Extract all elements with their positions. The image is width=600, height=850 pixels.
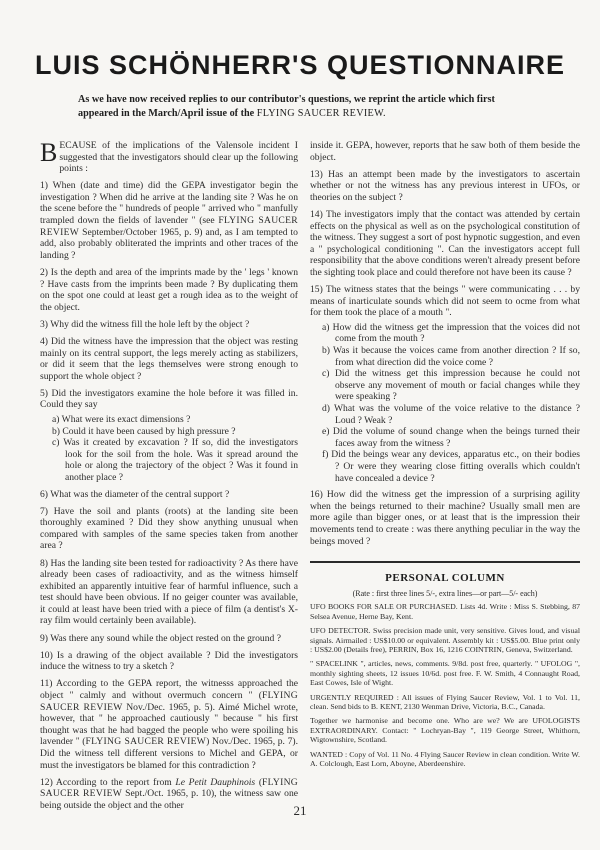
subpoint: e) Did the volume of sound change when t… [322,426,580,449]
left-column: BECAUSE of the implications of the Valen… [40,140,298,817]
question-1: 1) When (date and time) did the GEPA inv… [40,180,298,261]
drop-cap: B [40,142,57,164]
personal-column: PERSONAL COLUMN (Rate : first three line… [310,573,580,768]
question-15-subpoints: a) How did the witness get the impressio… [322,322,580,484]
classified-ad: WANTED : Copy of Vol. 11 No. 4 Flying Sa… [310,750,580,769]
article-title: LUIS SCHÖNHERR'S QUESTIONNAIRE [0,50,600,81]
classified-ad: Together we harmonise and become one. Wh… [310,716,580,744]
subpoint: c) Did the witness get this impression b… [322,368,580,403]
question-9: 9) Was there any sound while the object … [40,633,298,645]
question-11: 11) According to the GEPA report, the wi… [40,678,298,771]
question-3: 3) Why did the witness fill the hole lef… [40,319,298,331]
question-16: 16) How did the witness get the impressi… [310,489,580,547]
intro-publication: FLYING SAUCER REVIEW. [257,108,386,119]
question-2: 2) Is the depth and area of the imprints… [40,267,298,313]
article-intro: As we have now received replies to our c… [78,93,528,121]
section-divider [310,561,580,563]
subpoint: b) Could it have been caused by high pre… [52,426,298,438]
question-7: 7) Have the soil and plants (roots) at t… [40,506,298,552]
right-column: inside it. GEPA, however, reports that h… [310,140,580,773]
subpoint: a) What were its exact dimensions ? [52,414,298,426]
personal-column-rate: (Rate : first three lines 5/-, extra lin… [310,588,580,600]
subpoint: f) Did the beings wear any devices, appa… [322,449,580,484]
newspaper-name: Le Petit Dauphinois [175,777,255,788]
subpoint: c) Was it created by excavation ? If so,… [52,437,298,483]
question-4: 4) Did the witness have the impression t… [40,336,298,382]
question-13: 13) Has an attempt been made by the inve… [310,169,580,204]
question-6: 6) What was the diameter of the central … [40,489,298,501]
publication-name: FLYING SAUCER REVIEW [85,736,206,747]
classified-ad: URGENTLY REQUIRED : All issues of Flying… [310,693,580,712]
subpoint: d) What was the volume of the voice rela… [322,403,580,426]
page-number: 21 [0,803,600,819]
subpoint: a) How did the witness get the impressio… [322,322,580,345]
personal-column-title: PERSONAL COLUMN [310,573,580,585]
question-12-continued: inside it. GEPA, however, reports that h… [310,140,580,163]
classified-ad: UFO BOOKS FOR SALE OR PURCHASED. Lists 4… [310,602,580,621]
question-14: 14) The investigators imply that the con… [310,209,580,279]
question-5-subpoints: a) What were its exact dimensions ? b) C… [52,414,298,484]
classified-ad: " SPACELINK ", articles, news, comments.… [310,659,580,687]
subpoint: b) Was it because the voices came from a… [322,345,580,368]
question-15: 15) The witness states that the beings "… [310,284,580,319]
opening-paragraph: BECAUSE of the implications of the Valen… [40,140,298,175]
question-10: 10) Is a drawing of the object available… [40,650,298,673]
question-8: 8) Has the landing site been tested for … [40,558,298,628]
question-5: 5) Did the investigators examine the hol… [40,388,298,411]
classified-ad: UFO DETECTOR. Swiss precision made unit,… [310,626,580,654]
